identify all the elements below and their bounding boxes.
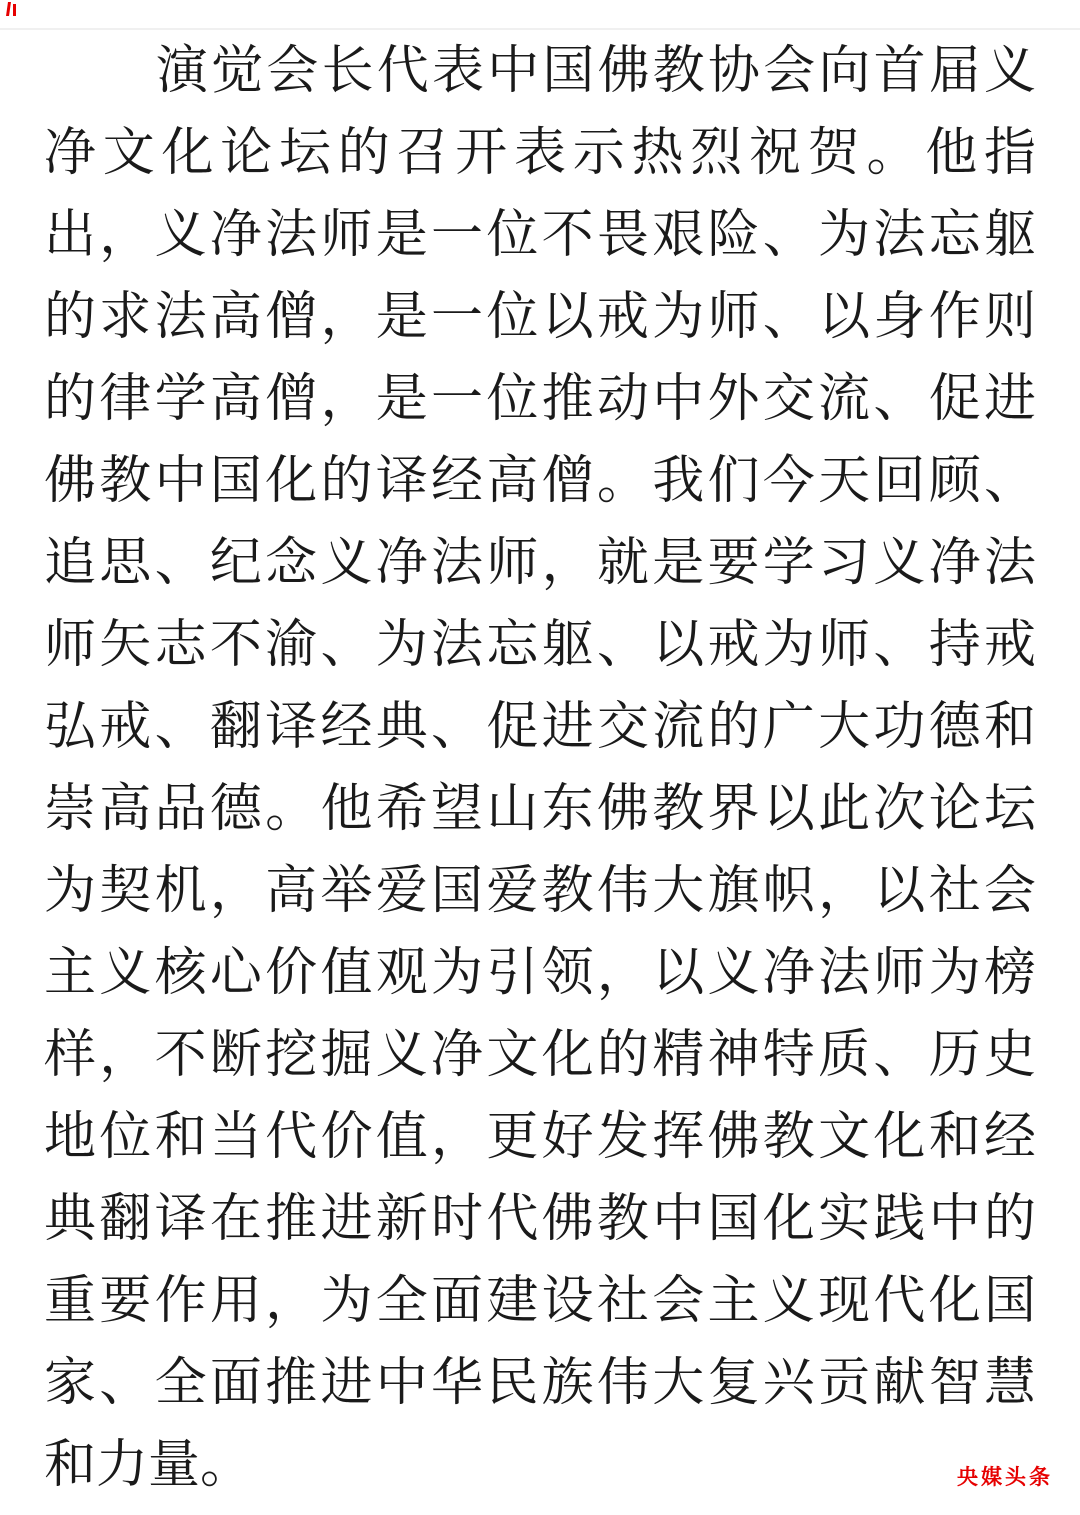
text-line: 崇高品德。他希望山东佛教界以此次论坛: [44, 768, 1036, 850]
text-line: 出，义净法师是一位不畏艰险、为法忘躯: [44, 194, 1036, 276]
text-line: 师矢志不渝、为法忘躯、以戒为师、持戒: [44, 604, 1036, 686]
text-line: 典翻译在推进新时代佛教中国化实践中的: [44, 1178, 1036, 1260]
text-line: 家、全面推进中华民族伟大复兴贡献智慧: [44, 1342, 1036, 1424]
text-line: 演觉会长代表中国佛教协会向首届义: [44, 30, 1036, 112]
text-line: 和力量。: [44, 1424, 1036, 1506]
text-line: 重要作用，为全面建设社会主义现代化国: [44, 1260, 1036, 1342]
text-line: 净文化论坛的召开表示热烈祝贺。他指: [44, 112, 1036, 194]
text-line: 地位和当代价值，更好发挥佛教文化和经: [44, 1096, 1036, 1178]
text-line: 样，不断挖掘义净文化的精神特质、历史: [44, 1014, 1036, 1096]
text-line: 的求法高僧，是一位以戒为师、以身作则: [44, 276, 1036, 358]
watermark-label: 央媒头条: [957, 1461, 1053, 1491]
text-line: 追思、纪念义净法师，就是要学习义净法: [44, 522, 1036, 604]
article-body: 演觉会长代表中国佛教协会向首届义 净文化论坛的召开表示热烈祝贺。他指 出，义净法…: [0, 30, 1080, 1506]
text-line: 主义核心价值观为引领，以义净法师为榜: [44, 932, 1036, 1014]
corner-red-fragment-icon: [5, 2, 19, 18]
article-page: 演觉会长代表中国佛教协会向首届义 净文化论坛的召开表示热烈祝贺。他指 出，义净法…: [0, 0, 1080, 1515]
text-line: 弘戒、翻译经典、促进交流的广大功德和: [44, 686, 1036, 768]
text-line: 佛教中国化的译经高僧。我们今天回顾、: [44, 440, 1036, 522]
text-line: 的律学高僧，是一位推动中外交流、促进: [44, 358, 1036, 440]
text-line: 为契机，高举爱国爱教伟大旗帜，以社会: [44, 850, 1036, 932]
